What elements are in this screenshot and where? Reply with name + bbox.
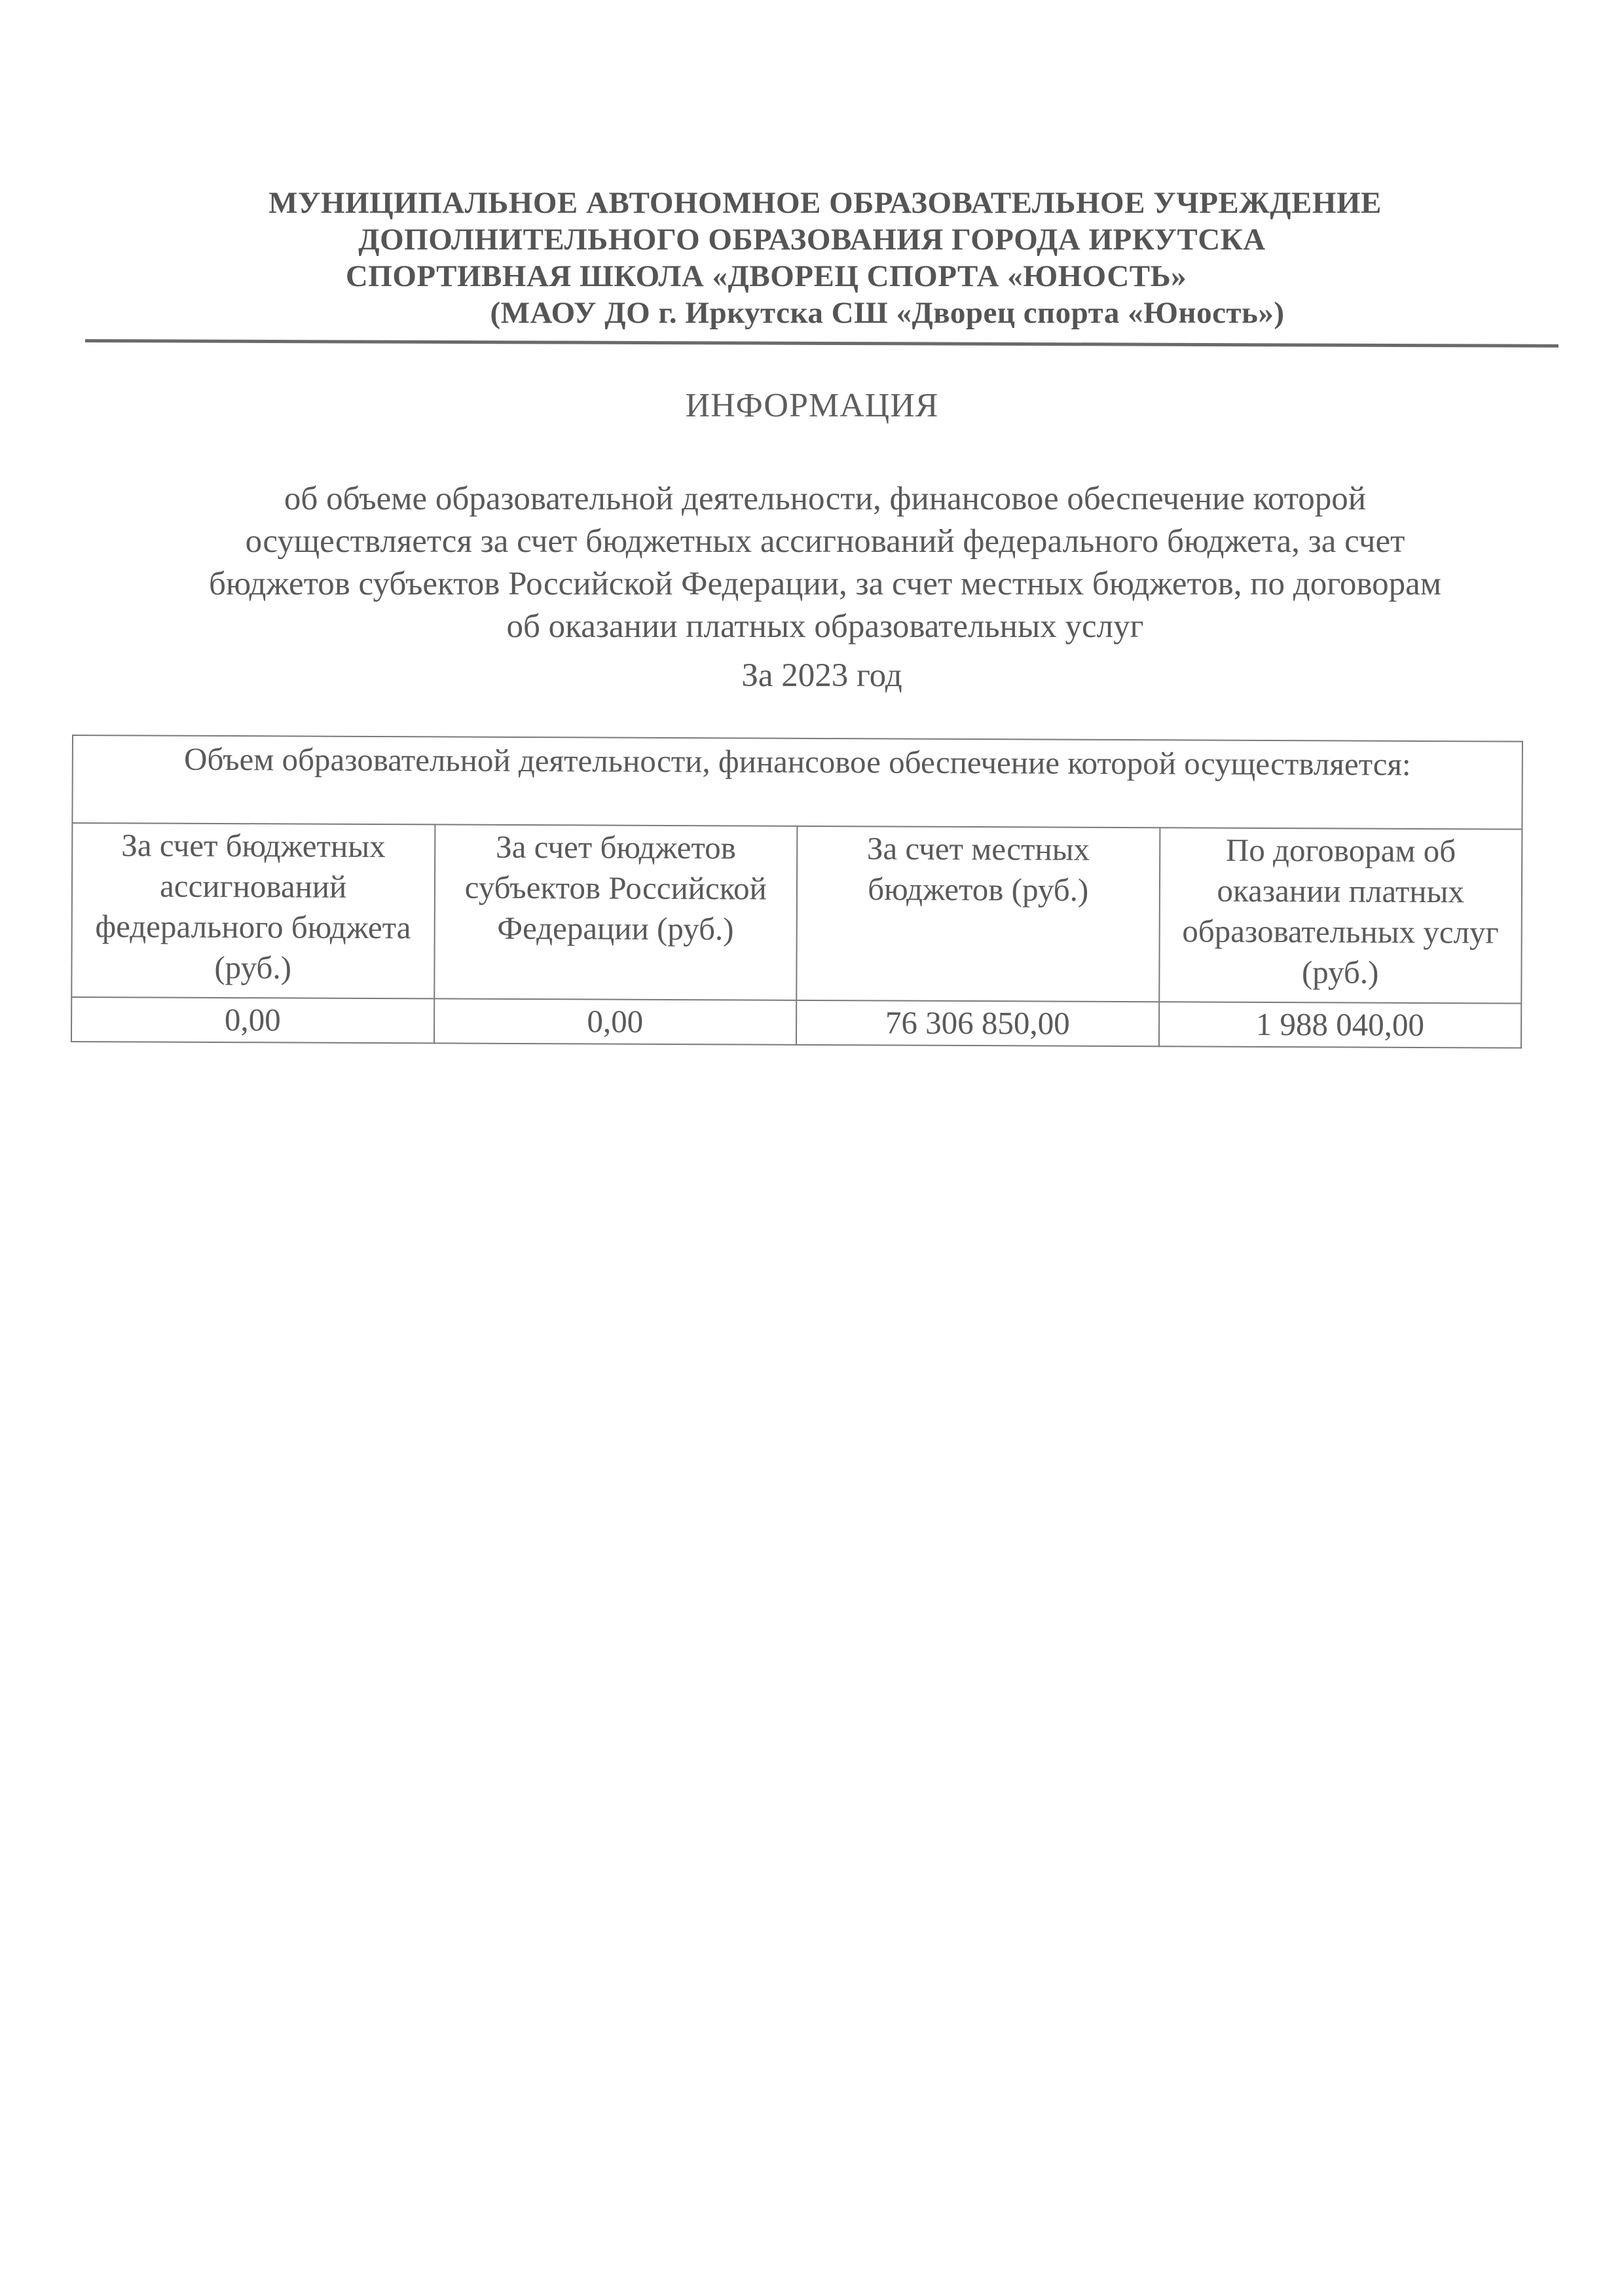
column-header-local: За счет местных бюджетов (руб.) bbox=[796, 826, 1160, 1002]
cell-federal: 0,00 bbox=[71, 997, 434, 1043]
column-header-regional: За счет бюджетов субъектов Российской Фе… bbox=[434, 824, 798, 1000]
document-title: ИНФОРМАЦИЯ bbox=[0, 386, 1624, 426]
subtitle-line: осуществляется за счет бюджетных ассигно… bbox=[92, 520, 1559, 563]
column-header-paid-services: По договорам об оказании платных образов… bbox=[1159, 828, 1522, 1003]
organization-name-line-2: ДОПОЛНИТЕЛЬНОГО ОБРАЗОВАНИЯ ГОРОДА ИРКУТ… bbox=[0, 221, 1624, 258]
subtitle-line: бюджетов субъектов Российской Федерации,… bbox=[92, 563, 1559, 606]
table-row: 0,00 0,00 76 306 850,00 1 988 040,00 bbox=[71, 997, 1521, 1048]
report-period-text: За 2023 год bbox=[741, 656, 902, 695]
table-group-header-row: Объем образовательной деятельности, фина… bbox=[72, 735, 1522, 829]
header-divider bbox=[85, 339, 1559, 348]
funding-table: Объем образовательной деятельности, фина… bbox=[71, 735, 1523, 1049]
document-subtitle: об объеме образовательной деятельности, … bbox=[92, 478, 1559, 648]
table-header-row: За счет бюджетных ассигнований федеральн… bbox=[71, 823, 1522, 1004]
cell-paid-services: 1 988 040,00 bbox=[1158, 1002, 1521, 1048]
organization-name-line-3: СПОРТИВНАЯ ШКОЛА «ДВОРЕЦ СПОРТА «ЮНОСТЬ» bbox=[0, 258, 1624, 295]
cell-local: 76 306 850,00 bbox=[796, 1000, 1159, 1046]
organization-short-name: (МАОУ ДО г. Иркутска СШ «Дворец спорта «… bbox=[151, 295, 1624, 331]
subtitle-line: об оказании платных образовательных услу… bbox=[92, 606, 1559, 648]
subtitle-line: об объеме образовательной деятельности, … bbox=[92, 478, 1559, 520]
organization-header: МУНИЦИПАЛЬНОЕ АВТОНОМНОЕ ОБРАЗОВАТЕЛЬНОЕ… bbox=[0, 185, 1624, 331]
table-group-header: Объем образовательной деятельности, фина… bbox=[72, 735, 1522, 829]
report-period: За 2023 год bbox=[0, 656, 1624, 695]
organization-name-line-1: МУНИЦИПАЛЬНОЕ АВТОНОМНОЕ ОБРАЗОВАТЕЛЬНОЕ… bbox=[0, 185, 1624, 221]
cell-regional: 0,00 bbox=[434, 998, 796, 1044]
column-header-federal: За счет бюджетных ассигнований федеральн… bbox=[71, 823, 435, 998]
